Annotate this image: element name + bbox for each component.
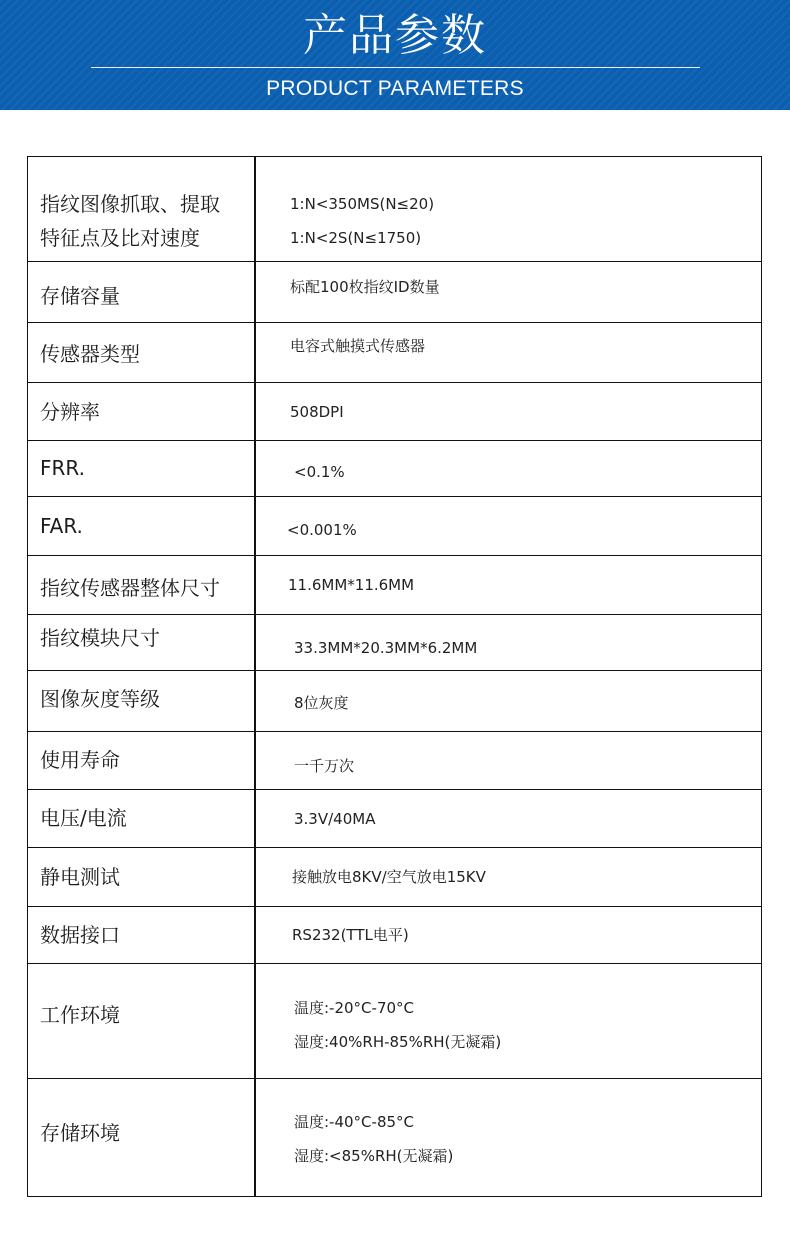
table-row: 使用寿命 一千万次 [28,732,761,790]
table-row: FRR. <0.1% [28,441,761,497]
header-divider [91,67,700,68]
table-row: 指纹图像抓取、提取 特征点及比对速度 1:N<350MS(N≤20) 1:N<2… [28,157,761,262]
row-value-line: 温度:-40°C-85°C [294,1105,734,1139]
page-subtitle: PRODUCT PARAMETERS [0,76,790,102]
row-label: 静电测试 [40,860,250,894]
row-value: 8位灰度 [294,686,734,720]
table-row: 静电测试 接触放电8KV/空气放电15KV [28,848,761,907]
row-value-line: 温度:-20°C-70°C [294,991,734,1025]
row-label: 使用寿命 [40,743,250,777]
table-row: 电压/电流 3.3V/40MA [28,790,761,848]
row-value: RS232(TTL电平) [292,918,732,952]
table-row: 数据接口 RS232(TTL电平) [28,907,761,964]
table-row: 分辨率 508DPI [28,383,761,441]
row-value: 11.6MM*11.6MM [288,568,728,602]
row-label: 电压/电流 [40,801,250,835]
row-label-line: 特征点及比对速度 [40,221,250,255]
row-value: <0.001% [287,513,727,547]
row-value-line: 1:N<2S(N≤1750) [290,221,730,255]
row-label: 分辨率 [40,395,250,429]
row-label: 指纹图像抓取、提取 特征点及比对速度 [40,187,250,255]
row-label: 传感器类型 [40,337,250,371]
table-row: 指纹模块尺寸 33.3MM*20.3MM*6.2MM [28,615,761,671]
table-row: 指纹传感器整体尺寸 11.6MM*11.6MM [28,556,761,615]
row-label: FAR. [40,509,250,543]
row-label: 存储容量 [40,279,250,313]
row-label: 指纹模块尺寸 [40,621,250,655]
table-row: 存储容量 标配100枚指纹ID数量 [28,262,761,323]
row-value: 33.3MM*20.3MM*6.2MM [294,631,734,665]
row-value: 温度:-20°C-70°C 湿度:40%RH-85%RH(无凝霜) [294,991,734,1059]
table-row: FAR. <0.001% [28,497,761,556]
row-value: 508DPI [290,395,730,429]
page-title: 产品参数 [0,10,790,62]
page-header-banner: 产品参数 PRODUCT PARAMETERS [0,0,790,110]
row-label: 存储环境 [40,1116,250,1150]
parameters-table: 指纹图像抓取、提取 特征点及比对速度 1:N<350MS(N≤20) 1:N<2… [27,156,762,1197]
row-value: <0.1% [294,455,734,489]
row-label: 图像灰度等级 [40,682,250,716]
row-value: 温度:-40°C-85°C 湿度:<85%RH(无凝霜) [294,1105,734,1173]
row-value-line: 湿度:40%RH-85%RH(无凝霜) [294,1025,734,1059]
row-label: 工作环境 [40,998,250,1032]
row-label: FRR. [40,451,250,485]
row-value: 电容式触摸式传感器 [290,329,730,363]
table-row: 工作环境 温度:-20°C-70°C 湿度:40%RH-85%RH(无凝霜) [28,964,761,1079]
row-label: 指纹传感器整体尺寸 [40,571,250,605]
row-value: 标配100枚指纹ID数量 [290,270,730,304]
table-row: 图像灰度等级 8位灰度 [28,671,761,732]
row-value: 1:N<350MS(N≤20) 1:N<2S(N≤1750) [290,187,730,255]
table-row: 存储环境 温度:-40°C-85°C 湿度:<85%RH(无凝霜) [28,1079,761,1197]
row-label-line: 指纹图像抓取、提取 [40,187,250,221]
row-value: 一千万次 [294,749,734,783]
row-label: 数据接口 [40,918,250,952]
table-row: 传感器类型 电容式触摸式传感器 [28,323,761,383]
row-value: 接触放电8KV/空气放电15KV [292,860,732,894]
row-value-line: 1:N<350MS(N≤20) [290,187,730,221]
row-value-line: 湿度:<85%RH(无凝霜) [294,1139,734,1173]
row-value: 3.3V/40MA [294,802,734,836]
